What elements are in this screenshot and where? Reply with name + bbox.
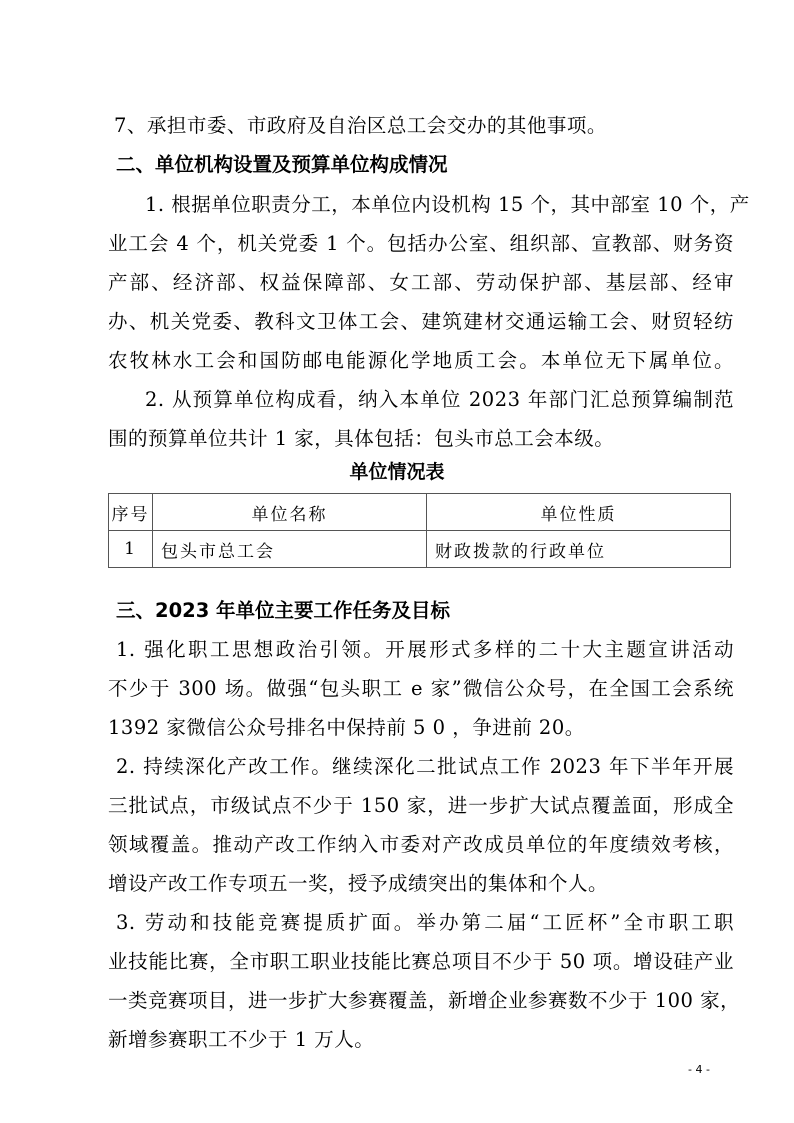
section-3-p2-line-2: 三批试点，市级试点不少于 150 家，进一步扩大试点覆盖面，形成全 (108, 793, 734, 819)
section-2-heading: 二、单位机构设置及预算单位构成情况 (116, 152, 448, 178)
section-2-p1-line-2: 业工会 4 个，机关党委 1 个。包括办公室、组织部、宣教部、财务资 (108, 231, 734, 257)
page-number: - 4 - (688, 1063, 710, 1076)
section-3-heading: 三、2023 年单位主要工作任务及目标 (116, 598, 450, 624)
header-index: 序号 (109, 494, 153, 531)
section-2-p1-line-3: 产部、经济部、权益保障部、女工部、劳动保护部、基层部、经审 (108, 270, 734, 296)
table-title: 单位情况表 (0, 459, 794, 485)
section-2-p1-line-1: 1. 根据单位职责分工，本单位内设机构 15 个，其中部室 10 个，产 (145, 192, 734, 218)
header-unit-name: 单位名称 (153, 494, 427, 531)
section-2-p2-line-2: 围的预算单位共计 1 家，具体包括：包头市总工会本级。 (108, 426, 734, 452)
section-3-p2-line-1: 2. 持续深化产改工作。继续深化二批试点工作 2023 年下半年开展 (116, 754, 734, 780)
section-3-p3-line-3: 一类竞赛项目，进一步扩大参赛覆盖，新增企业参赛数不少于 100 家， (108, 988, 734, 1014)
section-3-p1-line-1: 1. 强化职工思想政治引领。开展形式多样的二十大主题宣讲活动 (116, 637, 734, 663)
section-2-p1-line-5: 农牧林水工会和国防邮电能源化学地质工会。本单位无下属单位。 (108, 348, 734, 374)
table-header-row: 序号 单位名称 单位性质 (109, 494, 731, 531)
section-3-p1-line-3: 1392 家微信公众号排名中保持前 5 0 ，争进前 20。 (108, 715, 734, 741)
document-page: 7、承担市委、市政府及自治区总工会交办的其他事项。 二、单位机构设置及预算单位构… (0, 0, 794, 1123)
section-2-p2-line-1: 2. 从预算单位构成看，纳入本单位 2023 年部门汇总预算编制范 (145, 387, 734, 413)
cell-index: 1 (109, 531, 153, 568)
section-3-p2-line-4: 增设产改工作专项五一奖，授予成绩突出的集体和个人。 (108, 871, 734, 897)
section-3-p1-line-2: 不少于 300 场。做强“包头职工 e 家”微信公众号，在全国工会系统 (108, 676, 734, 702)
item-7-text: 7、承担市委、市政府及自治区总工会交办的其他事项。 (114, 113, 734, 139)
section-2-p1-line-4: 办、机关党委、教科文卫体工会、建筑建材交通运输工会、财贸轻纺 (108, 309, 734, 335)
cell-unit-name: 包头市总工会 (153, 531, 427, 568)
header-unit-nature: 单位性质 (427, 494, 731, 531)
cell-unit-nature: 财政拨款的行政单位 (427, 531, 731, 568)
unit-info-table: 序号 单位名称 单位性质 1 包头市总工会 财政拨款的行政单位 (108, 493, 731, 568)
section-3-p3-line-1: 3. 劳动和技能竞赛提质扩面。举办第二届“工匠杯”全市职工职 (116, 910, 734, 936)
section-3-p3-line-4: 新增参赛职工不少于 1 万人。 (108, 1027, 734, 1053)
table-row: 1 包头市总工会 财政拨款的行政单位 (109, 531, 731, 568)
section-3-p2-line-3: 领域覆盖。推动产改工作纳入市委对产改成员单位的年度绩效考核， (108, 832, 734, 858)
section-3-p3-line-2: 业技能比赛，全市职工职业技能比赛总项目不少于 50 项。增设硅产业 (108, 949, 734, 975)
